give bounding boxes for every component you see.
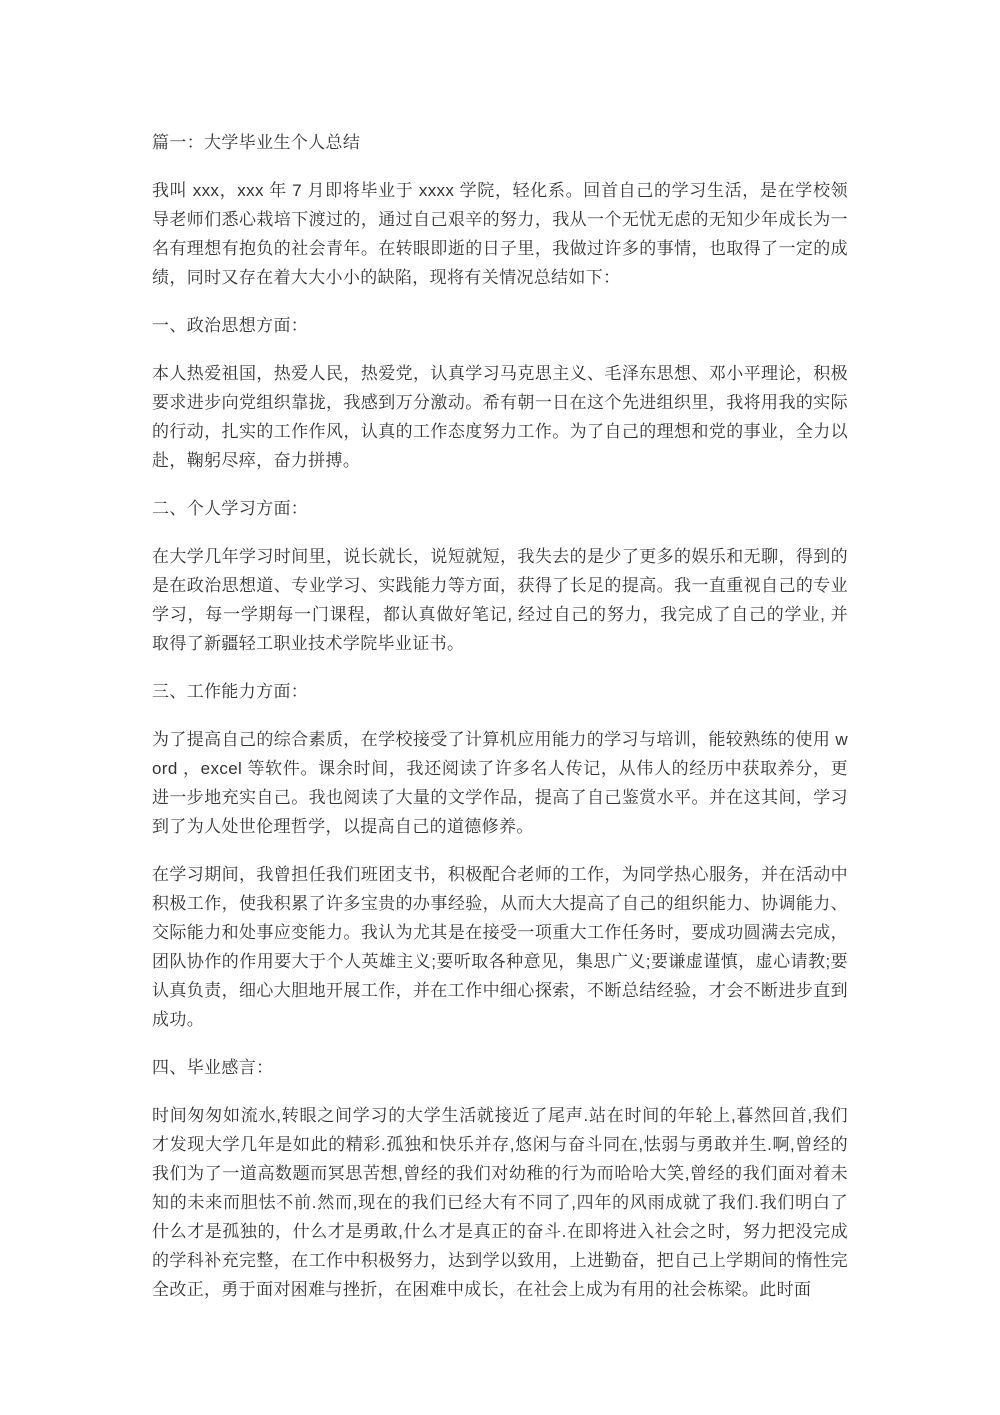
section-heading: 一、政治思想方面： bbox=[152, 311, 848, 340]
document-page: 篇一：大学毕业生个人总结我叫 xxx，xxx 年 7 月即将毕业于 xxxx 学… bbox=[0, 0, 1000, 1415]
body-paragraph: 在学习期间，我曾担任我们班团支书，积极配合老师的工作，为同学热心服务，并在活动中… bbox=[152, 860, 848, 1034]
section-heading: 篇一：大学毕业生个人总结 bbox=[152, 128, 848, 157]
section-heading: 三、工作能力方面： bbox=[152, 677, 848, 706]
section-heading: 二、个人学习方面： bbox=[152, 494, 848, 523]
body-paragraph: 为了提高自己的综合素质，在学校接受了计算机应用能力的学习与培训，能较熟练的使用 … bbox=[152, 725, 848, 841]
body-paragraph: 本人热爱祖国，热爱人民，热爱党，认真学习马克思主义、毛泽东思想、邓小平理论，积极… bbox=[152, 359, 848, 475]
body-paragraph: 在大学几年学习时间里，说长就长，说短就短，我失去的是少了更多的娱乐和无聊，得到的… bbox=[152, 542, 848, 658]
body-paragraph: 时间匆匆如流水,转眼之间学习的大学生活就接近了尾声.站在时间的年轮上,暮然回首,… bbox=[152, 1101, 848, 1304]
document-text-column: 篇一：大学毕业生个人总结我叫 xxx，xxx 年 7 月即将毕业于 xxxx 学… bbox=[152, 128, 848, 1304]
body-paragraph: 我叫 xxx，xxx 年 7 月即将毕业于 xxxx 学院，轻化系。回首自己的学… bbox=[152, 176, 848, 292]
section-heading: 四、毕业感言： bbox=[152, 1053, 848, 1082]
